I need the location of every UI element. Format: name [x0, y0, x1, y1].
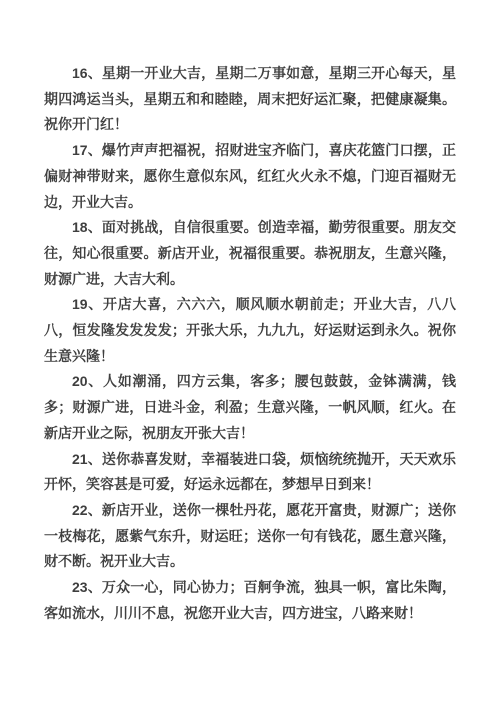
paragraph-20: 20、人如潮涌，四方云集，客多；腰包鼓鼓，金钵满满，钱多；财源广进，日进斗金，利… [44, 369, 456, 446]
document-page: 16、星期一开业大吉，星期二万事如意，星期三开心每天，星期四鸿运当头，星期五和和… [0, 0, 500, 708]
paragraph-16: 16、星期一开业大吉，星期二万事如意，星期三开心每天，星期四鸿运当头，星期五和和… [44, 61, 456, 138]
paragraph-17: 17、爆竹声声把福祝，招财进宝齐临门，喜庆花篮门口摆，正偏财神带财来，愿你生意似… [44, 138, 456, 215]
paragraph-21: 21、送你恭喜发财，幸福装进口袋，烦恼统统抛开，天天欢乐开怀，笑容甚是可爱，好运… [44, 447, 456, 498]
paragraph-18: 18、面对挑战，自信很重要。创造幸福，勤劳很重要。朋友交往，知心很重要。新店开业… [44, 215, 456, 292]
paragraph-22: 22、新店开业，送你一棵牡丹花，愿花开富贵，财源广；送你一枝梅花，愿紫气东升，财… [44, 498, 456, 575]
paragraph-19: 19、开店大喜，六六六，顺风顺水朝前走；开业大吉，八八八，恒发隆发发发发；开张大… [44, 292, 456, 369]
paragraph-23: 23、万众一心，同心协力；百舸争流，独具一帜，富比朱陶，客如流水，川川不息，祝您… [44, 575, 456, 626]
